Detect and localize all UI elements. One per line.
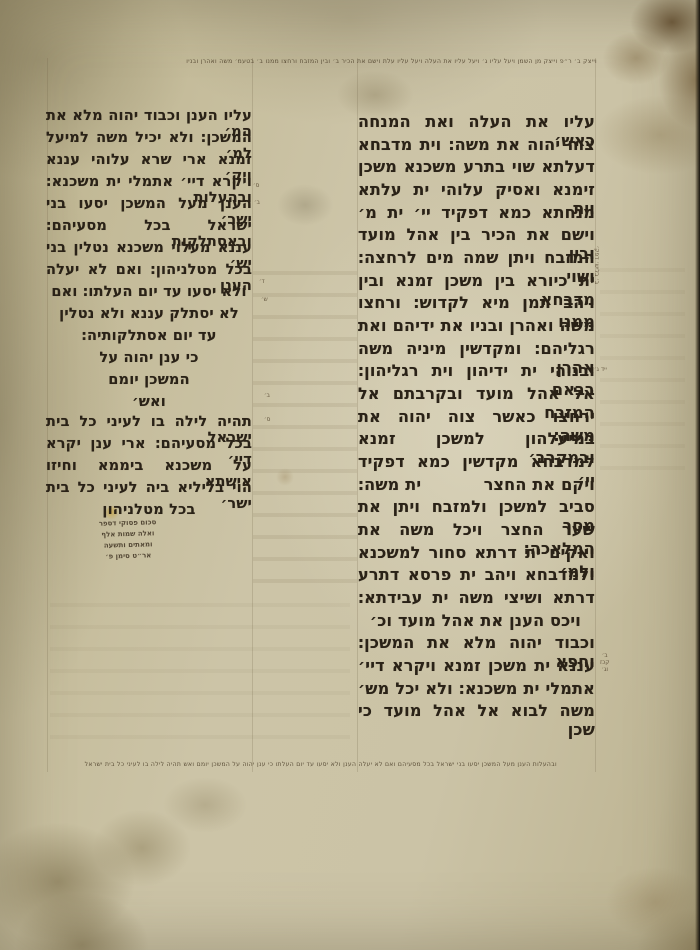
manuscript-page: וייצק ב׳ ר״פ וייצק מן השמן ויעל עליו ג׳ … bbox=[0, 0, 700, 950]
masorah-magna-bottom: ובהעלות הענן מעל המשכן יסעו בני ישראל בכ… bbox=[35, 761, 557, 768]
right-margin-note-vertical: ב׳ בליש׳ דפק׳ bbox=[593, 242, 600, 288]
text-line: משה לבוא אל אהל מועד כי שכן bbox=[358, 701, 595, 739]
text-line: בכל מטלניהון bbox=[46, 502, 252, 518]
round-stain bbox=[276, 468, 294, 486]
text-line: עננא ית משכן זמנא ויקרא דיי׳ bbox=[358, 656, 595, 675]
text-line: ואש׳ bbox=[46, 394, 252, 410]
note-line: וג׳ bbox=[600, 666, 610, 673]
masorah-parva-mark: ב׳ bbox=[254, 199, 260, 206]
ruling-line bbox=[252, 58, 253, 772]
right-margin-note-lower: ב׳ קכז וג׳ bbox=[600, 652, 610, 673]
text-line: מנחתא כמא דפקיד יי׳ ית מ׳ bbox=[358, 203, 595, 222]
text-line: משה ואהרן ובניו את ידיהם ואת bbox=[358, 316, 595, 335]
masorah-parva-mark: ס׳ bbox=[253, 182, 259, 189]
text-line: דעלתא שוי בתרע משכנא משכן bbox=[358, 157, 595, 176]
note-line: ב׳ bbox=[600, 652, 610, 659]
masorah-parva-mark: ש׳ bbox=[261, 296, 268, 303]
text-column-right: עליו את העלה ואת המנחה כאש׳ צוה יהוה את … bbox=[358, 0, 595, 720]
text-line: ולמדבחא ויהב ית פרסא דתרע bbox=[358, 565, 595, 584]
text-line: דרתא ושיצי משה ית עבידתא׃ bbox=[358, 588, 595, 607]
text-line: לא יסתלק עננא ולא נטלין bbox=[46, 306, 252, 322]
text-line: ולא יסעו עד יום העלתו׃ ואם bbox=[46, 284, 252, 300]
right-margin-note: ייד ג׳ bbox=[594, 366, 607, 373]
note-line: קכז bbox=[600, 659, 610, 666]
masorah-parva-mark: ב׳ bbox=[264, 392, 270, 399]
page-edge bbox=[695, 0, 700, 950]
text-line-parashah-break: ויקם את החצר ית משה׃ bbox=[358, 475, 595, 494]
masorah-parva-mark: ס׳ bbox=[264, 416, 270, 423]
text-line: ויכס הענן את אהל מועד וכ׳ bbox=[358, 611, 595, 630]
show-through-text bbox=[253, 258, 357, 588]
text-line: המשכן יומם bbox=[46, 372, 252, 388]
text-line: צוה יהוה את משה׃ וית מדבחא bbox=[358, 135, 595, 154]
show-through-text bbox=[50, 590, 350, 755]
text-line: אתמלי ית משכנא׃ ולא יכל מש׳ bbox=[358, 679, 595, 698]
book-end-note: סכום פסוקי דספר ואלה שמות אלף ומאתים ותש… bbox=[57, 516, 198, 564]
text-column-left: עליו הענן וכבוד יהוה מלא את המ׳ המשכן׃ ו… bbox=[46, 0, 252, 600]
verse-end: ית משה׃ bbox=[358, 475, 421, 494]
show-through-text bbox=[600, 255, 685, 470]
ruling-line bbox=[595, 58, 596, 772]
text-line: עד יום אסתלקותיה׃ bbox=[46, 328, 252, 344]
text-line: כי ענן יהוה על bbox=[46, 350, 252, 366]
verse-start: ויקם את החצר bbox=[484, 475, 595, 494]
masorah-parva-mark: ד׳ bbox=[259, 278, 265, 285]
